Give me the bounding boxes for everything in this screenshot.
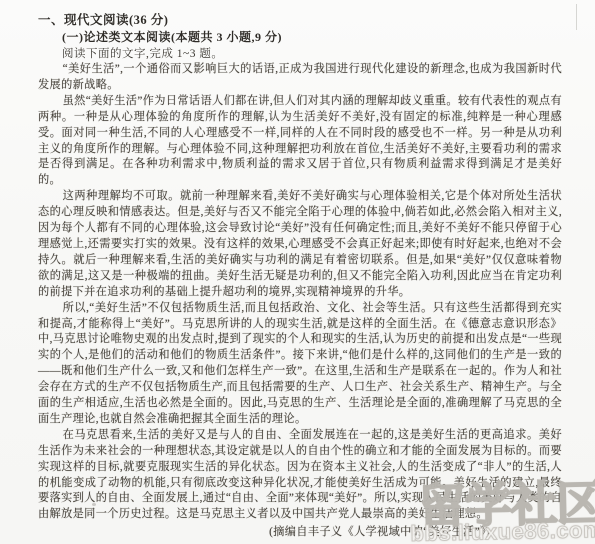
section-heading: 一、现代文阅读(36 分) <box>38 12 562 29</box>
reading-instruction: 阅读下面的文字,完成 1~3 题。 <box>62 46 562 63</box>
exam-content: 一、现代文阅读(36 分) (一)论述类文本阅读(本题共 3 小题,9 分) 阅… <box>38 12 562 540</box>
passage-paragraph-2: 虽然“美好生活”作为日常话语人们都在讲,但人们对其内涵的理解却歧义重重。较有代表… <box>38 94 562 189</box>
passage-paragraph-4: 所以,“美好生活”不仅包括物质生活,而且包括政治、文化、社会等生活。只有这些生活… <box>38 301 562 428</box>
passage-paragraph-1: “美好生活”,一个通俗而又影响巨大的话语,正成为我国进行现代化建设的新理念,也成… <box>38 62 562 94</box>
passage-paragraph-3: 这两种理解均不可取。就前一种理解来看,美好不美好确实与心理体验相关,它是个体对所… <box>38 189 562 300</box>
reading-passage: “美好生活”,一个通俗而又影响巨大的话语,正成为我国进行现代化建设的新理念,也成… <box>38 62 562 523</box>
scan-artifact <box>576 4 577 30</box>
passage-paragraph-5: 在马克思看来,生活的美好又是与人的自由、全面发展连在一起的,这是美好生活的更高追… <box>38 428 562 523</box>
source-attribution: (摘编自丰子义《人学视域中的“美好生活”》) <box>38 524 562 540</box>
subsection-heading: (一)论述类文本阅读(本题共 3 小题,9 分) <box>62 29 562 46</box>
scanned-exam-page: 一、现代文阅读(36 分) (一)论述类文本阅读(本题共 3 小题,9 分) 阅… <box>0 0 595 544</box>
